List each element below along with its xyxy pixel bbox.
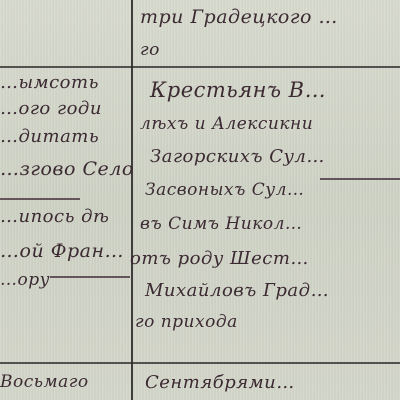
right-line: въ Симъ Никол… bbox=[140, 214, 302, 234]
right-line: Засвоныхъ Сул… bbox=[145, 180, 304, 200]
right-line: лѣхъ и Алексикни bbox=[140, 114, 313, 134]
document-photo: …ымсоть …ого годи …дитать …згово Село …и… bbox=[0, 0, 400, 400]
underline bbox=[320, 178, 400, 180]
left-line: …дитать bbox=[0, 126, 99, 147]
left-line: …ой Фран… bbox=[0, 240, 124, 262]
left-line: Восьмаго bbox=[0, 372, 89, 392]
right-line: Крестьянъ В… bbox=[150, 78, 326, 102]
right-line: три Градецкого … bbox=[140, 6, 338, 28]
left-line: …ымсоть bbox=[0, 72, 99, 93]
left-line: …згово Село bbox=[0, 158, 134, 180]
left-line: …ого годи bbox=[0, 98, 102, 119]
underline bbox=[50, 276, 130, 278]
right-line: го прихода bbox=[135, 312, 238, 332]
left-line: …ипось дѣ bbox=[0, 206, 109, 227]
column-divider bbox=[131, 0, 133, 400]
right-line: Сентябрями… bbox=[145, 372, 295, 393]
table-rule-top bbox=[0, 66, 400, 68]
table-rule-middle bbox=[0, 362, 400, 364]
underline bbox=[0, 198, 80, 200]
left-line: …ору bbox=[0, 270, 50, 290]
right-line: Михайловъ Град… bbox=[145, 280, 329, 301]
right-line: го bbox=[140, 40, 160, 60]
right-line: отъ роду Шест… bbox=[130, 248, 309, 269]
right-line: Загорскихъ Сул… bbox=[150, 146, 325, 167]
